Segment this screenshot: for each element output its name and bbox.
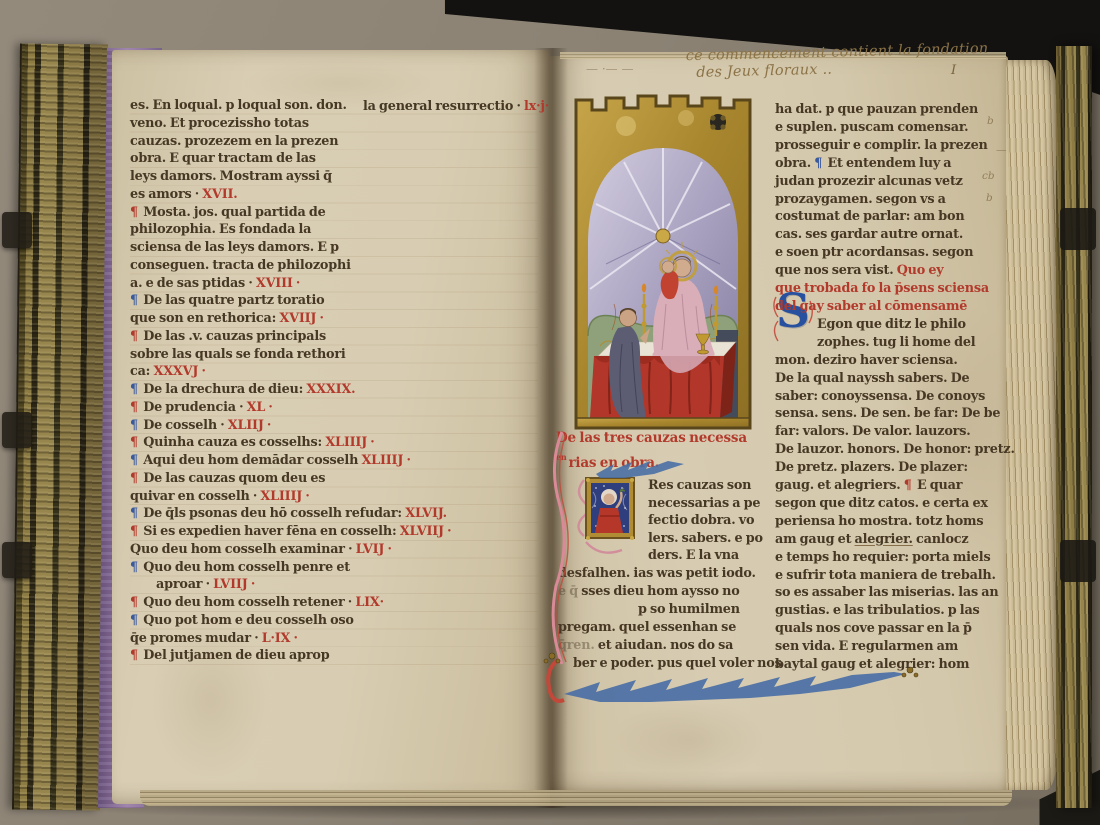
text-line: leys damors. Mostram ayssi q̄ [130, 168, 538, 186]
text-line: ¶ De las .v. cauzas principals [130, 328, 538, 346]
center-column-text-beside-initial: Res cauzas sonnecessarias a pefectio dob… [648, 477, 776, 565]
text-line: e sufrir tota maniera de trebalh. [775, 567, 1015, 585]
text-line: prosseguir e complir. la prezen [775, 137, 1015, 155]
text-line: es. En loqual. p loqual son. don. [130, 97, 538, 115]
text-line: obra. E quar tractam de las [130, 150, 538, 168]
text-line: e temps ho requier: porta miels [775, 549, 1015, 567]
miniature-virgin-and-child-with-donor [566, 84, 760, 434]
text-line: quivar en cosselh · XLIIIJ · [130, 488, 538, 506]
text-line: periensa ho mostra. totz homs [775, 513, 1015, 531]
blue-leaf-flourish [594, 452, 690, 484]
text-line: fectio dobra. vo [648, 512, 776, 530]
text-line: ¶ De las quatre partz toratio [130, 292, 538, 310]
clasp-left-top [2, 212, 32, 248]
text-line: sciensa de las leys damors. E p [130, 239, 538, 257]
text-line: aproar · LVIIJ · [130, 576, 538, 594]
text-line: sobre las quals se fonda rethori [130, 346, 538, 364]
text-line: ¶ De prudencia · XL · [130, 399, 538, 417]
clasp-right-top [1060, 208, 1096, 250]
text-line: De la qual nayssh sabers. De [775, 370, 1015, 388]
text-line: e suplen. puscam comensar. [775, 119, 1015, 137]
text-line: am gaug et alegrier. canlocz [775, 531, 1015, 549]
text-line: saber: conoyssensa. De conoys [775, 388, 1015, 406]
text-line: ¶ De q̄ls psonas deu hō cosselh refudar:… [130, 505, 538, 523]
text-line: so es assaber las miserias. las an [775, 584, 1015, 602]
text-line: del gay saber al cōmensamē [775, 298, 1015, 316]
text-line: sensa. sens. De sen. be far: De be [775, 405, 1015, 423]
folio-number: I [951, 63, 956, 78]
text-line: ders. E la vna [648, 547, 776, 565]
text-line: que trobada fo la p̄sens sciensa [775, 280, 1015, 298]
text-line: necessarias a pe [648, 495, 776, 513]
text-line: obra. ¶ Et entendem luy a [775, 155, 1015, 173]
vault-boss [656, 229, 670, 243]
text-line: zophes. tug li home del [775, 334, 1015, 352]
text-line: far: valors. De valor. lauzors. [775, 423, 1015, 441]
text-line: mon. deziro haver sciensa. [775, 352, 1015, 370]
text-line: ca: XXXVJ · [130, 363, 538, 381]
text-line: judan prozezir alcunas vetz [775, 173, 1015, 191]
text-line: ¶ De las cauzas quom deu es [130, 470, 538, 488]
text-line: ¶ De la drechura de dieu: XXXIX. [130, 381, 538, 399]
text-line: gaug. et alegriers. ¶ E quar [775, 477, 1015, 495]
text-line: ¶ Mosta. jos. qual partida de [130, 204, 538, 222]
text-line: lers. sabers. e po [648, 530, 776, 548]
text-line: q̄e promes mudar · L·IX · [130, 630, 538, 648]
text-line: ¶ Quo pot hom e deu cosselh oso [130, 612, 538, 630]
text-line: baytal gaug et alegrier: hom [775, 656, 1015, 674]
text-line: quals nos cove passar en la p̄ [775, 620, 1015, 638]
text-line: Egon que ditz le philo [775, 316, 1015, 334]
annotation-dashes: — ·— — [586, 62, 633, 76]
donor-head [620, 310, 637, 327]
text-line: ¶ Del jutjamen de dieu aprop [130, 647, 538, 665]
text-line: ¶ Quinha cauza es cosselhs: XLIIIJ · [130, 434, 538, 452]
text-line: que son en rethorica: XVIIJ · [130, 310, 538, 328]
text-line: e soen ptr acordansas. segon [775, 244, 1015, 262]
text-line: cauzas. prozezem en la prezen [130, 133, 538, 151]
right-column-text: ha dat. p que pauzan prendene suplen. pu… [775, 101, 1015, 674]
right-cover-gold-tooled-edge [1056, 46, 1092, 808]
text-line: es amors · XVII. [130, 186, 538, 204]
text-line: ¶ Quo deu hom cosselh penre et [130, 559, 538, 577]
clasp-left-middle [2, 412, 32, 448]
text-line: conseguen. tracta de philozophi [130, 257, 538, 275]
text-line: philozophia. Es fondada la [130, 221, 538, 239]
text-line: gustias. e las tribulatios. p las [775, 602, 1015, 620]
text-line: a. e de sas ptidas · XVIII · [130, 275, 538, 293]
text-line: que nos sera vist. Quo ey [775, 262, 1015, 280]
text-line: De pretz. plazers. De plazer: [775, 459, 1015, 477]
page-bottom-edges [140, 790, 1012, 806]
text-line: Quo deu hom cosselh examinar · LVIJ · [130, 541, 538, 559]
clasp-right-bottom [1060, 540, 1096, 582]
text-line: costumat de parlar: am bon [775, 208, 1015, 226]
text-line: sen vida. E regularmen am [775, 638, 1015, 656]
text-line: cas. ses gardar autre ornat. [775, 226, 1015, 244]
text-line: prozaygamen. segon vs a [775, 191, 1015, 209]
manuscript-photo: ce commencement contient la fondation de… [0, 0, 1100, 825]
clasp-left-bottom [2, 542, 32, 578]
text-line: ¶ Quo deu hom cosselh retener · LIX· [130, 594, 538, 612]
text-line: veno. Et procezissho totas [130, 115, 538, 133]
marginal-penwork-bar [538, 426, 598, 670]
text-line: segon que ditz catos. e certa ex [775, 495, 1015, 513]
text-line: ¶ Aqui deu hom demādar cosselh XLIIIJ · [130, 452, 538, 470]
text-line: De lauzor. honors. De honor: pretz. [775, 441, 1015, 459]
text-line: ¶ De cosselh · XLIIJ · [130, 417, 538, 435]
text-line: ha dat. p que pauzan prenden [775, 101, 1015, 119]
left-page-table-of-contents: es. En loqual. p loqual son. don.veno. E… [130, 97, 538, 665]
text-line: ¶ Si es expedien haver fēna en cosselh: … [130, 523, 538, 541]
